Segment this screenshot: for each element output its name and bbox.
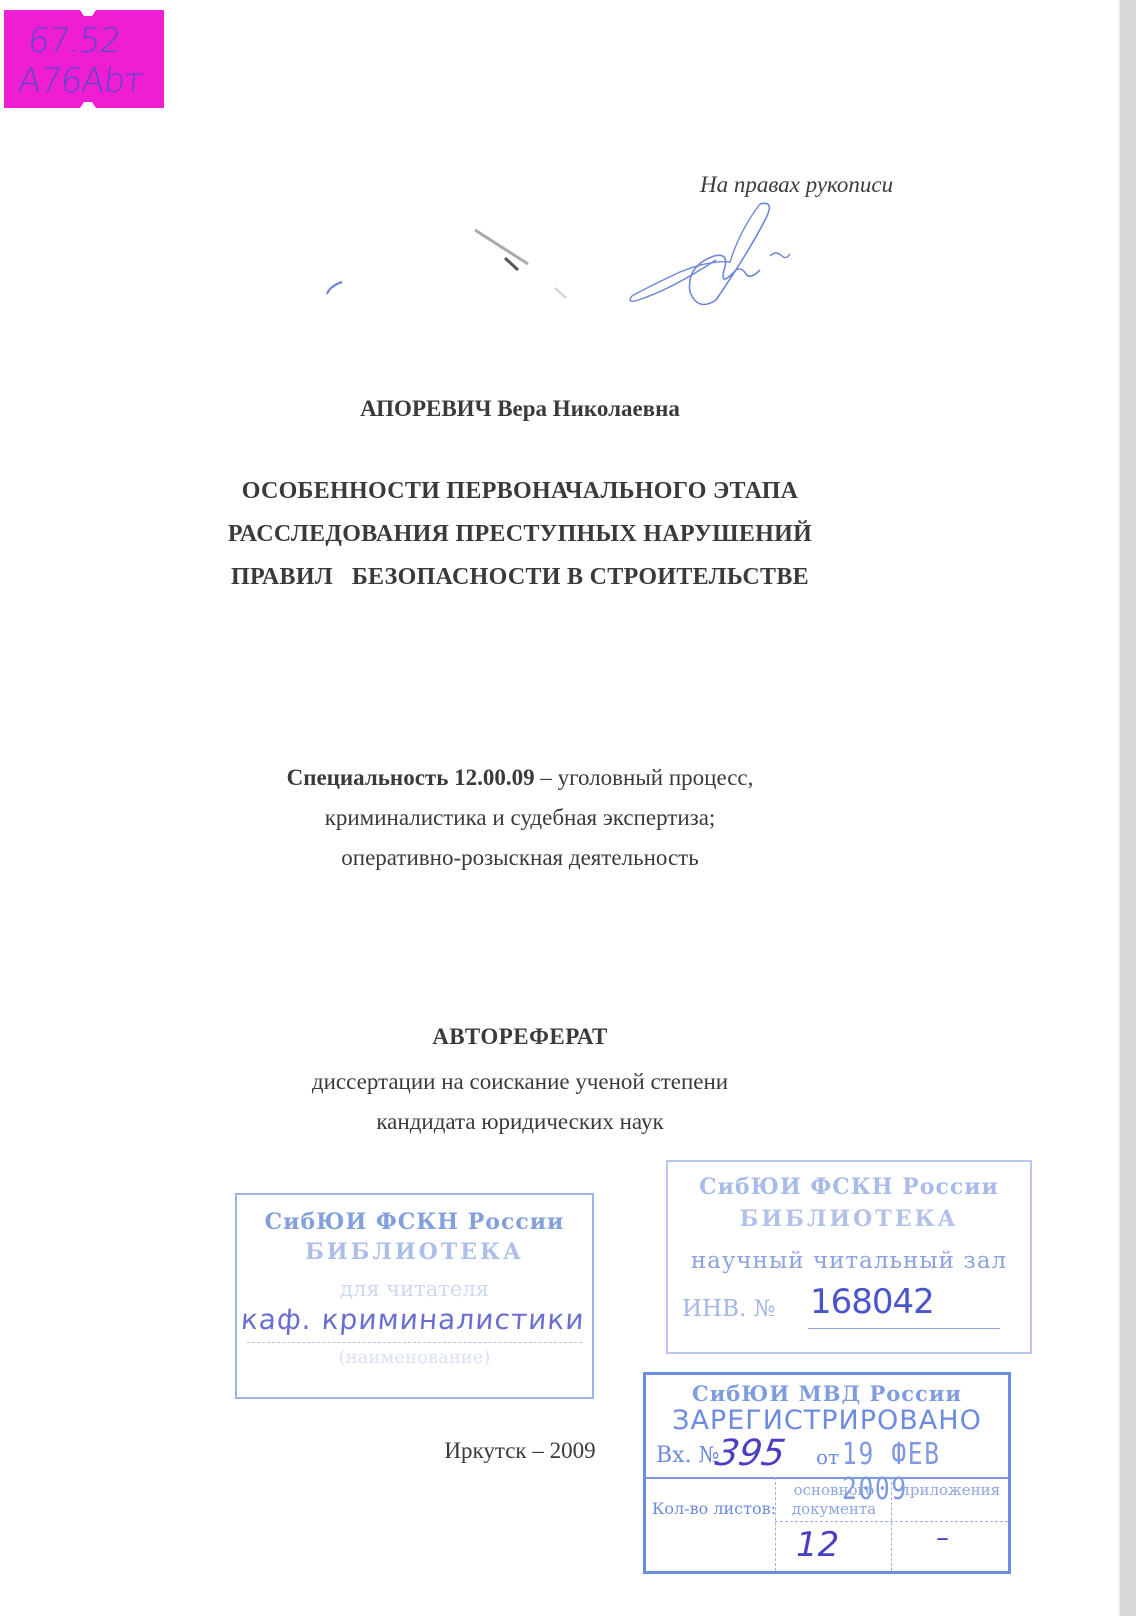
sheets-label: Кол-во листов: [652, 1499, 776, 1518]
degree-block: диссертации на соискание ученой степени … [0, 1062, 1040, 1142]
specialty-line-3: оперативно-розыскная деятельность [0, 838, 1040, 878]
author-signature [620, 200, 820, 310]
library-reader-stamp: СибЮИ ФСКН России БИБЛИОТЕКА для читател… [235, 1193, 594, 1399]
call-number-line-2: A76Abт [16, 64, 160, 98]
stamp-org: СибЮИ ФСКН России [237, 1209, 592, 1235]
stamp-dept: БИБЛИОТЕКА [668, 1206, 1030, 1232]
scan-edge-strip [1118, 0, 1136, 1616]
incoming-label: Вх. № [656, 1443, 719, 1468]
library-call-number-sticker: 67.52 A76Abт [4, 10, 164, 108]
main-sheets-count: 12 [796, 1525, 839, 1565]
stamp-org: СибЮИ ФСКН России [668, 1174, 1030, 1200]
title-line-2: РАССЛЕДОВАНИЯ ПРЕСТУПНЫХ НАРУШЕНИЙ [0, 513, 1040, 556]
stamp-status: ЗАРЕГИСТРИРОВАНО [646, 1405, 1008, 1436]
specialty-line-2: криминалистика и судебная экспертиза; [0, 798, 1040, 838]
inventory-label: ИНВ. № [682, 1296, 775, 1322]
document-type: АВТОРЕФЕРАТ [0, 1024, 1040, 1050]
degree-line-1: диссертации на соискание ученой степени [0, 1062, 1040, 1102]
stamp-divider [891, 1477, 892, 1571]
reading-room-inventory-stamp: СибЮИ ФСКН России БИБЛИОТЕКА научный чит… [666, 1160, 1032, 1354]
main-document-header: основного документа [778, 1481, 890, 1519]
specialty-code: Специальность 12.00.09 [287, 765, 535, 790]
dissertation-title: ОСОБЕННОСТИ ПЕРВОНАЧАЛЬНОГО ЭТАПА РАССЛЕ… [0, 470, 1040, 599]
stamp-room: научный читальный зал [668, 1248, 1030, 1274]
registration-stamp: СибЮИ МВД России ЗАРЕГИСТРИРОВАНО Вх. № … [643, 1372, 1011, 1574]
inventory-number: 168042 [810, 1282, 934, 1322]
title-line-3: ПРАВИЛ БЕЗОПАСНОСТИ В СТРОИТЕЛЬСТВЕ [0, 556, 1040, 599]
specialty-name-part-1: – уголовный процесс, [535, 765, 754, 790]
stamp-field-label: для читателя [237, 1277, 592, 1301]
specialty-block: Специальность 12.00.09 – уголовный проце… [0, 758, 1040, 878]
incoming-number: 395 [712, 1433, 788, 1474]
rights-notice: На правах рукописи [700, 172, 960, 198]
stamp-org: СибЮИ МВД России [646, 1381, 1008, 1406]
appendix-sheets-count: – [936, 1523, 949, 1553]
stamp-underline [808, 1328, 1000, 1329]
specialty-line-1: Специальность 12.00.09 – уголовный проце… [0, 758, 1040, 798]
author-name: АПОРЕВИЧ Вера Николаевна [0, 396, 1040, 422]
date-prefix: от [816, 1445, 839, 1469]
stamp-divider [775, 1477, 776, 1571]
scan-artifact-marks [300, 200, 600, 310]
handwritten-department: каф. криминалистики [240, 1303, 586, 1336]
stamp-divider [646, 1477, 1008, 1479]
stamp-field-caption: (наименование) [237, 1347, 592, 1368]
appendix-header: приложения [894, 1481, 1006, 1499]
stamp-dept: БИБЛИОТЕКА [237, 1239, 592, 1265]
call-number-line-1: 67.52 [26, 24, 170, 58]
stamp-underline [247, 1342, 582, 1343]
title-line-1: ОСОБЕННОСТИ ПЕРВОНАЧАЛЬНОГО ЭТАПА [0, 470, 1040, 513]
degree-line-2: кандидата юридических наук [0, 1102, 1040, 1142]
